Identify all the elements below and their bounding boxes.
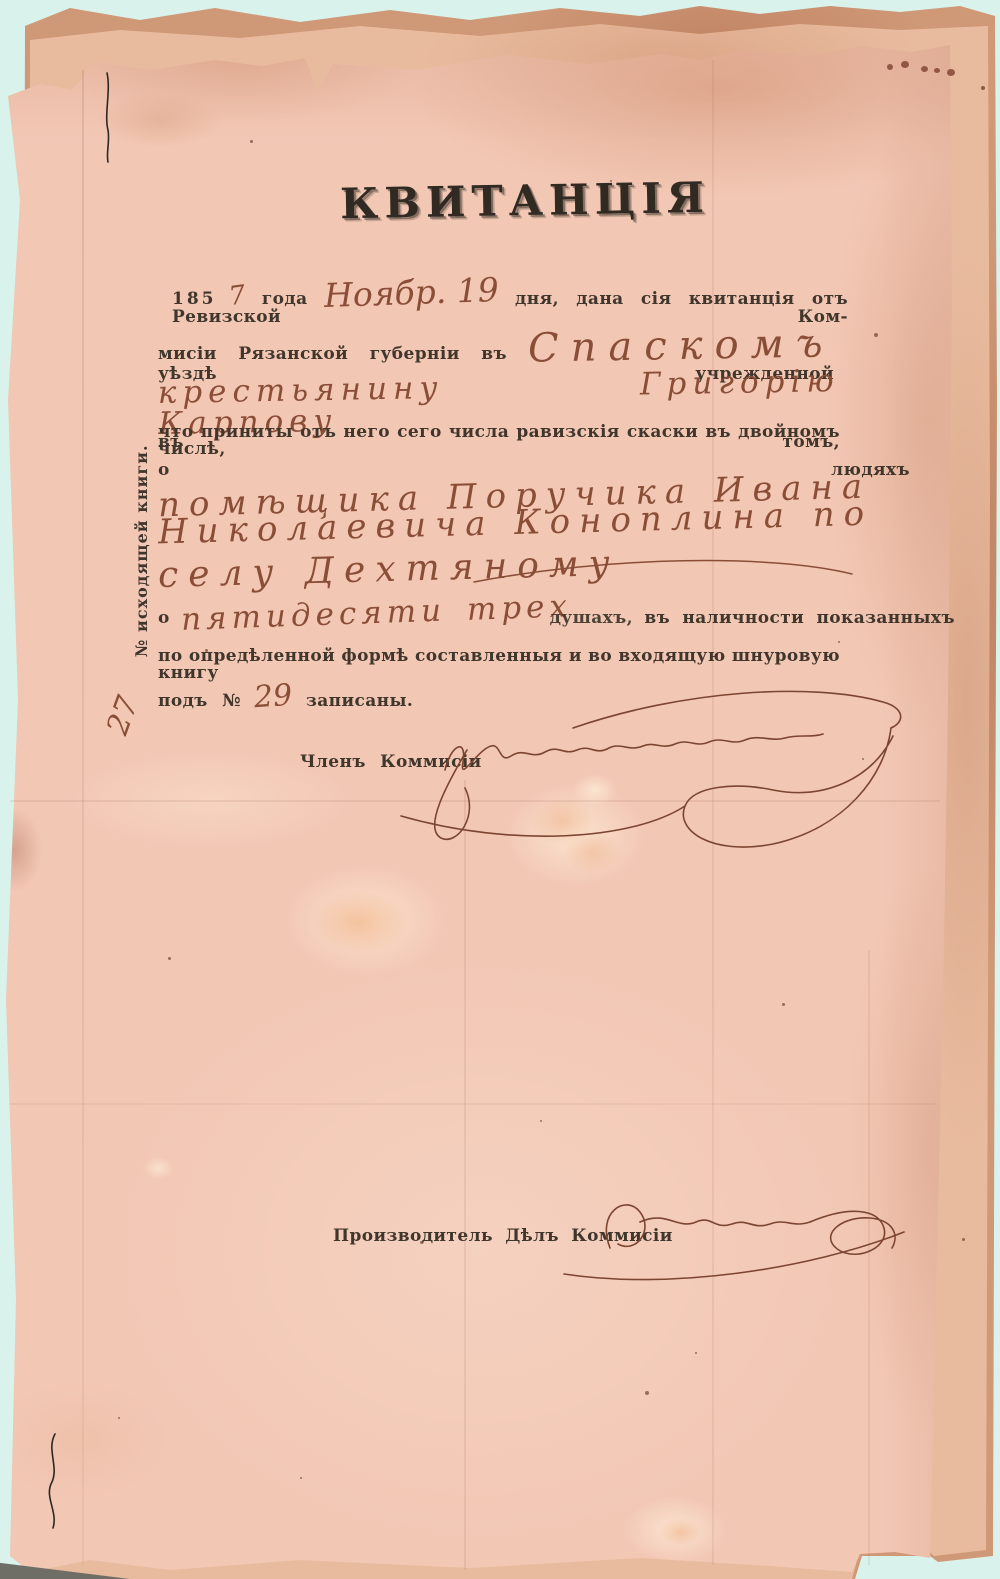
hw-date: Ноябр. 19 <box>323 273 499 312</box>
document-title: КВИТАНЦІЯ <box>320 172 731 228</box>
margin-ledger-label: № исходящей книги. <box>132 447 154 657</box>
printed-received: что приниты отъ него сего числа равизскі… <box>158 422 840 459</box>
body-line-4: что приниты отъ него сего числа равизскі… <box>158 424 840 458</box>
hw-year-digit: 7 <box>227 282 247 310</box>
member-signature <box>393 688 913 858</box>
document-scan: КВИТАНЦІЯ 185 7 года Ноябр. 19 дня, дана… <box>0 0 1000 1579</box>
hw-entry-number: 29 <box>253 681 293 714</box>
printed-shown: въ наличности показанныхъ <box>644 608 955 628</box>
printed-ledger: по опредѣленной формѣ составленныя и во … <box>158 646 840 683</box>
printed-under-no: подъ № <box>158 691 241 711</box>
body-line-10: подъ № 29 записаны. <box>158 682 413 712</box>
binding-thread-top <box>100 70 120 165</box>
printed-souls-word: душахъ, <box>550 608 633 628</box>
clerk-signature <box>548 1178 920 1290</box>
printed-o: о <box>158 608 170 628</box>
printed-year-word: года <box>262 289 308 309</box>
body-line-6: Николаевича Коноплина по <box>158 506 873 540</box>
handwriting-flourish <box>470 552 860 588</box>
hw-uezd-name: Спаскомъ <box>527 323 834 368</box>
binding-thread-bottom <box>42 1432 68 1532</box>
body-line-1: 185 7 года Ноябр. 19 дня, дана сія квита… <box>172 276 848 326</box>
body-line-8: о пятидесяти трех душахъ, въ наличности … <box>158 598 842 629</box>
body-line-9: по опредѣленной формѣ составленныя и во … <box>158 648 840 682</box>
printed-year-prefix: 185 <box>172 289 217 309</box>
printed-commission: мисіи Рязанской губерніи въ <box>158 344 507 364</box>
